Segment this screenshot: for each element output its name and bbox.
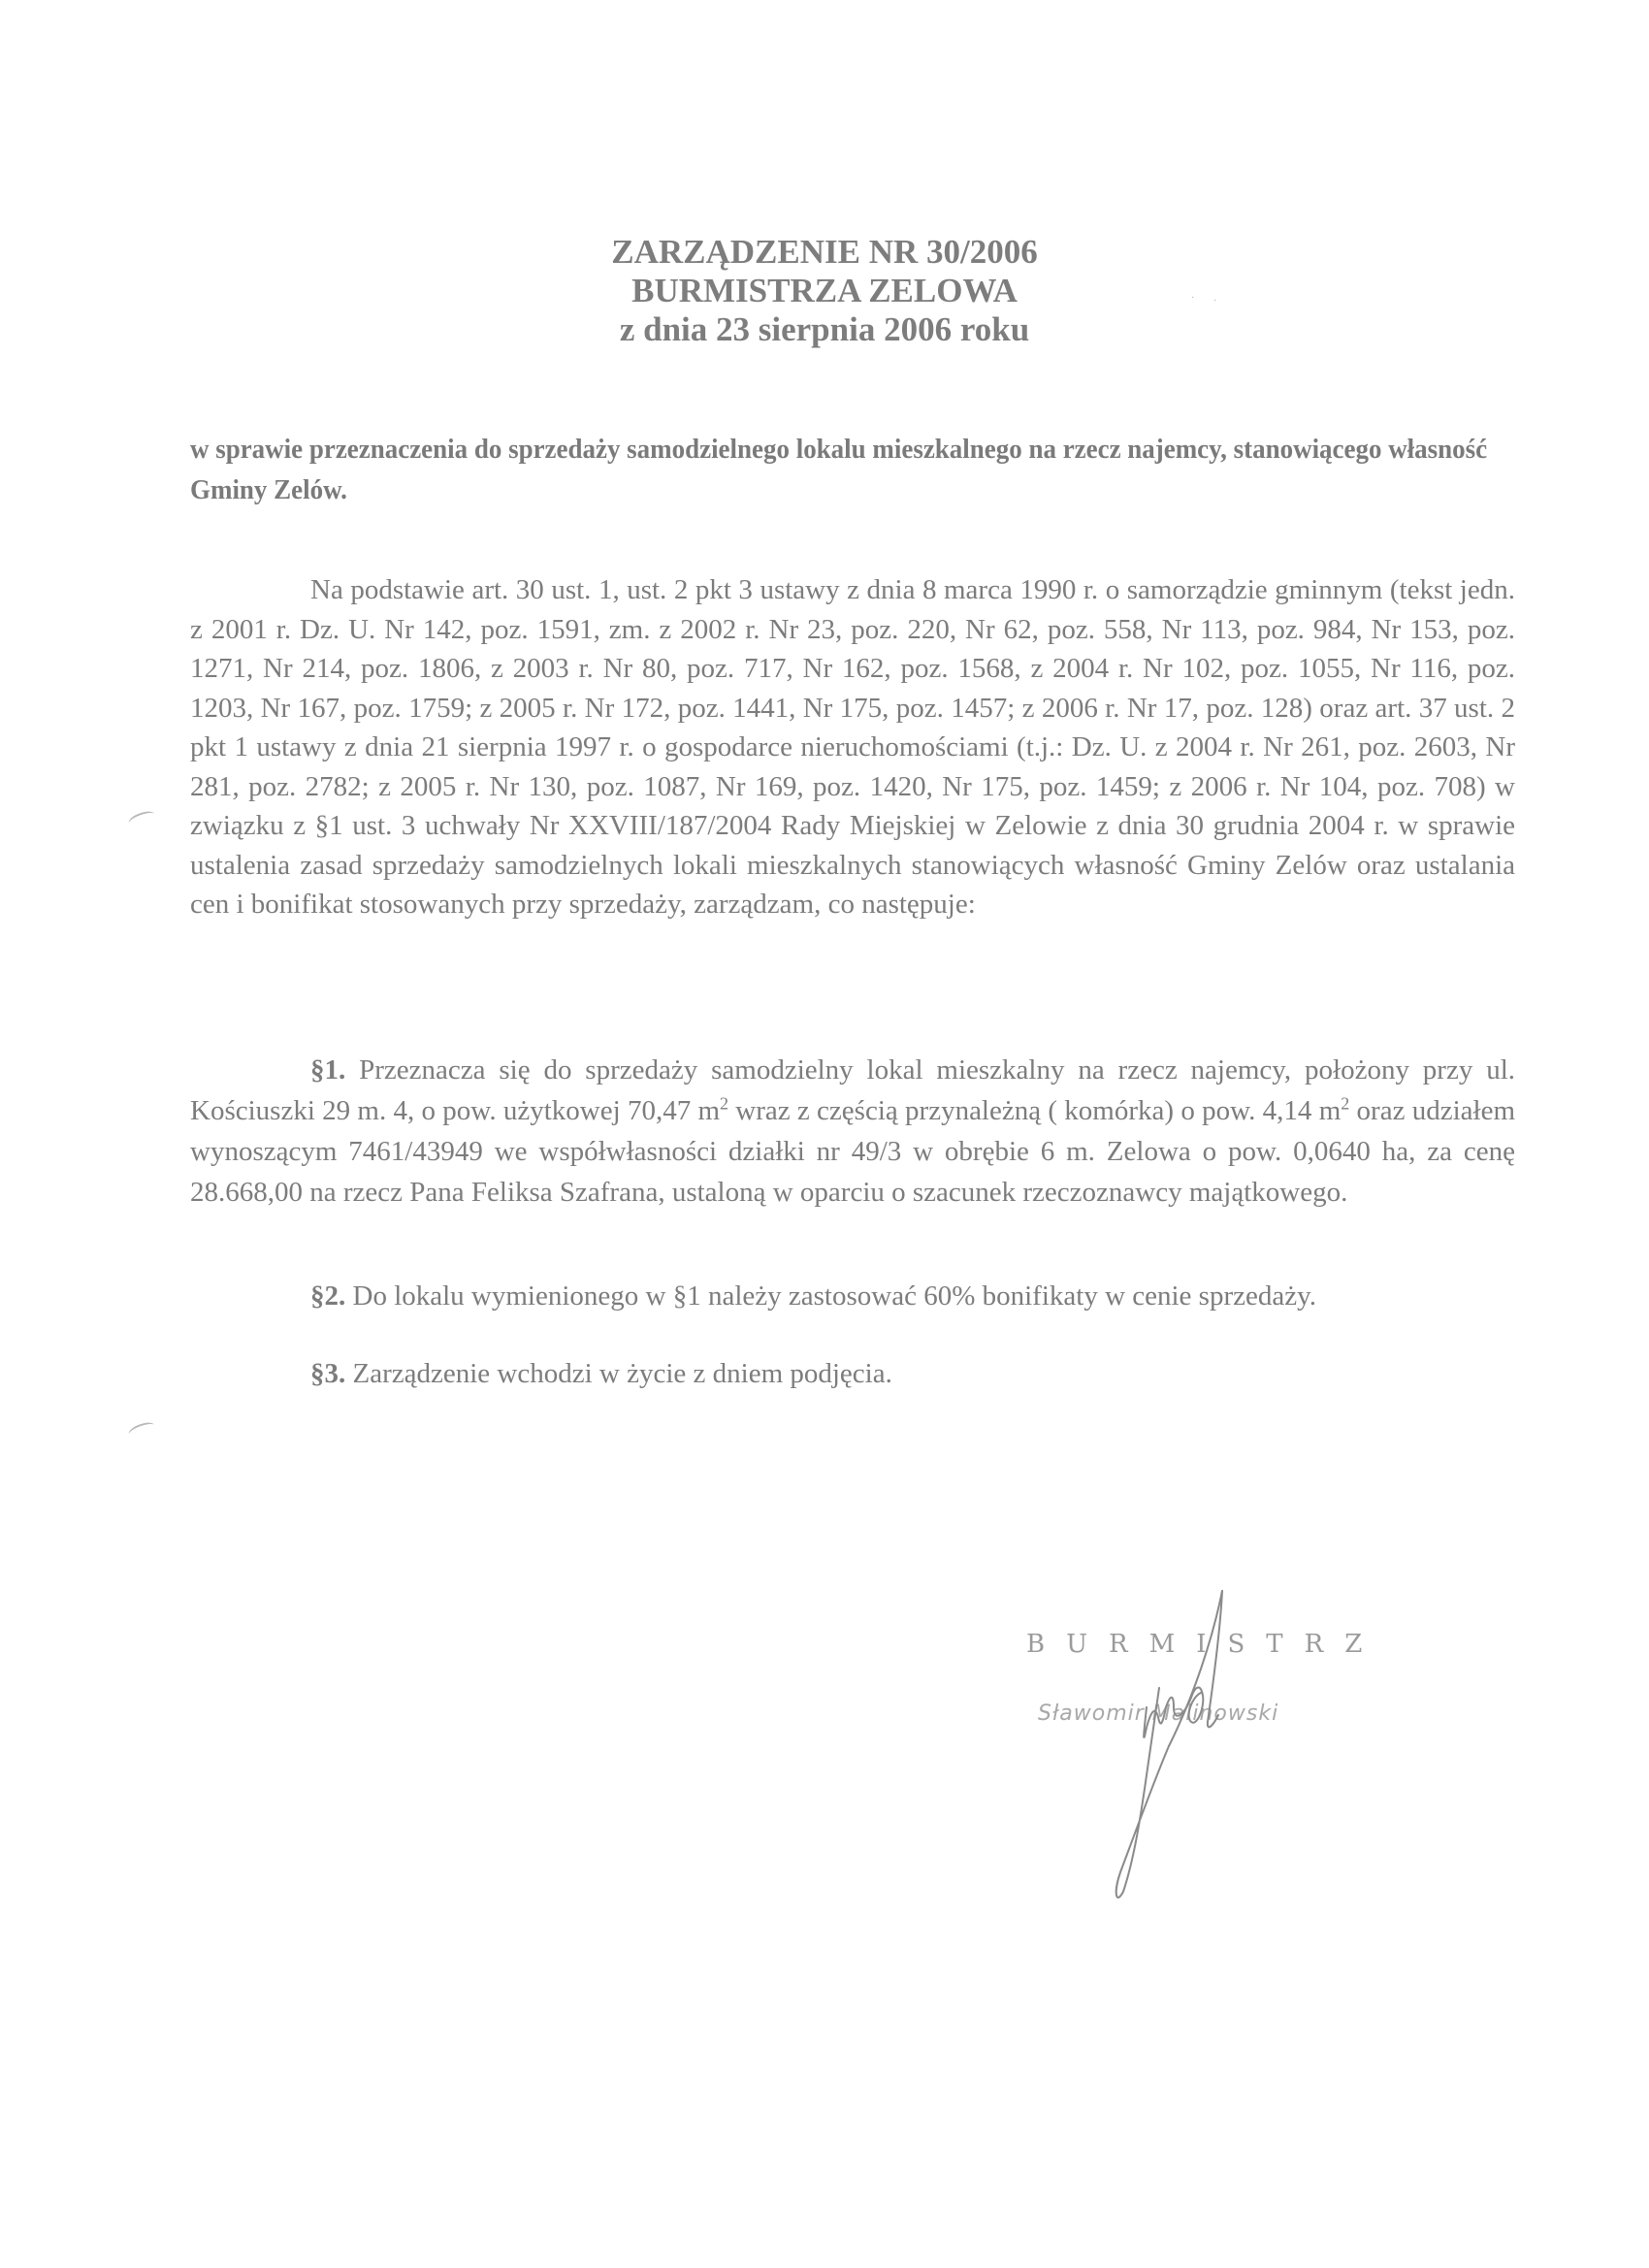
issue-date: z dnia 23 sierpnia 2006 roku	[0, 310, 1649, 349]
section-text: Do lokalu wymienionego w §1 należy zasto…	[353, 1280, 1316, 1312]
punch-mark	[127, 1420, 156, 1441]
section-1: §1. Przeznacza się do sprzedaży samodzie…	[190, 1050, 1515, 1213]
superscript: 2	[1341, 1093, 1349, 1113]
handwritten-signature	[1077, 1581, 1271, 1911]
document-subject: w sprawie przeznaczenia do sprzedaży sam…	[190, 429, 1515, 510]
document-title: ZARZĄDZENIE NR 30/2006 BURMISTRZA ZELOWA…	[0, 233, 1649, 349]
section-text: wraz z częścią przynależną ( komórka) o …	[728, 1095, 1341, 1126]
ordinance-number: ZARZĄDZENIE NR 30/2006	[0, 233, 1649, 272]
scan-specks: ·.	[1191, 293, 1236, 304]
punch-mark	[127, 809, 156, 829]
section-3: §3. Zarządzenie wchodzi w życie z dniem …	[190, 1354, 1515, 1394]
legal-basis-paragraph: Na podstawie art. 30 ust. 1, ust. 2 pkt …	[190, 570, 1515, 924]
section-number: §2.	[310, 1280, 345, 1312]
section-2: §2. Do lokalu wymienionego w §1 należy z…	[190, 1277, 1515, 1316]
superscript: 2	[720, 1093, 728, 1113]
section-text: Zarządzenie wchodzi w życie z dniem podj…	[353, 1358, 892, 1389]
section-number: §3.	[310, 1358, 345, 1389]
issuer: BURMISTRZA ZELOWA	[0, 272, 1649, 310]
legal-basis-text: Na podstawie art. 30 ust. 1, ust. 2 pkt …	[190, 574, 1515, 920]
section-number: §1.	[310, 1054, 345, 1085]
